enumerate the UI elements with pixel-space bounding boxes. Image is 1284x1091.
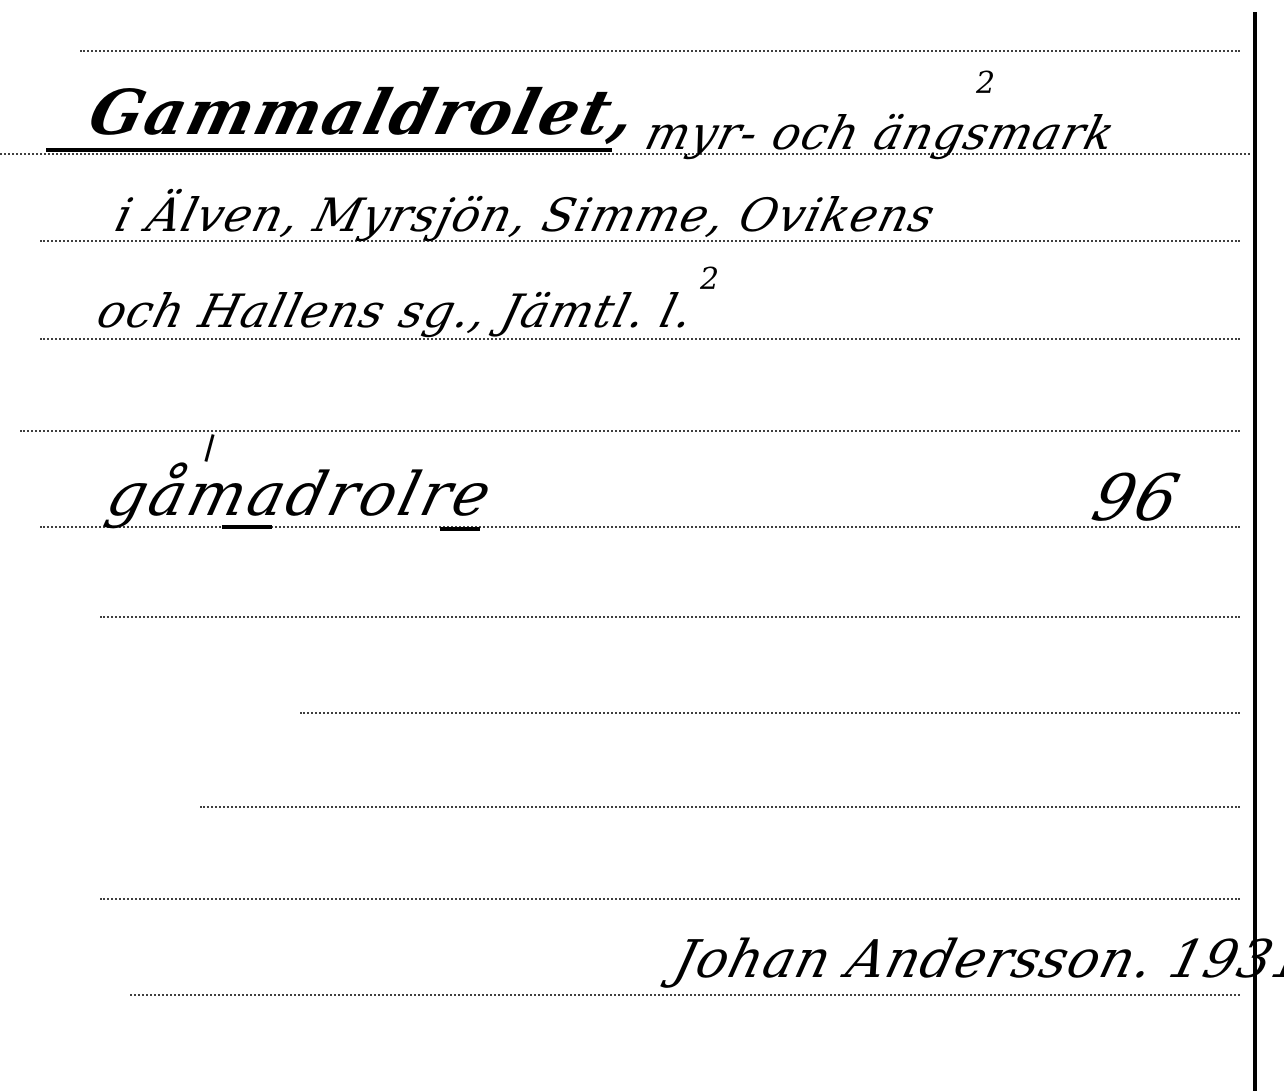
ruled-line	[200, 806, 1240, 808]
phonetic-underline	[222, 525, 272, 529]
ruled-line	[300, 712, 1240, 714]
stress-accent-mark	[204, 434, 214, 462]
ruled-line	[100, 898, 1240, 900]
definition-line-1: myr- och ängsmark	[640, 106, 1121, 160]
definition-line-2: i Älven, Myrsjön, Simme, Ovikens	[110, 188, 941, 242]
index-card: Gammaldrolet, 2 myr- och ängsmark i Älve…	[0, 0, 1284, 1091]
ruled-line	[80, 50, 1240, 52]
card-number: 96	[1085, 462, 1187, 536]
ruled-line	[40, 338, 1240, 340]
superscript-mark: 2	[700, 262, 719, 297]
ruled-line	[20, 430, 1240, 432]
phonetic-underline	[440, 527, 480, 531]
headword: Gammaldrolet,	[82, 76, 645, 149]
superscript-mark: 2	[976, 66, 995, 101]
phonetic-form: gåmadrolre	[100, 460, 501, 530]
headword-underline	[46, 148, 612, 152]
definition-line-3: och Hallens sg., Jämtl. l.	[92, 284, 699, 338]
ruled-line	[100, 616, 1240, 618]
ruled-line	[130, 994, 1240, 996]
signature: Johan Andersson. 1931.	[668, 930, 1284, 990]
